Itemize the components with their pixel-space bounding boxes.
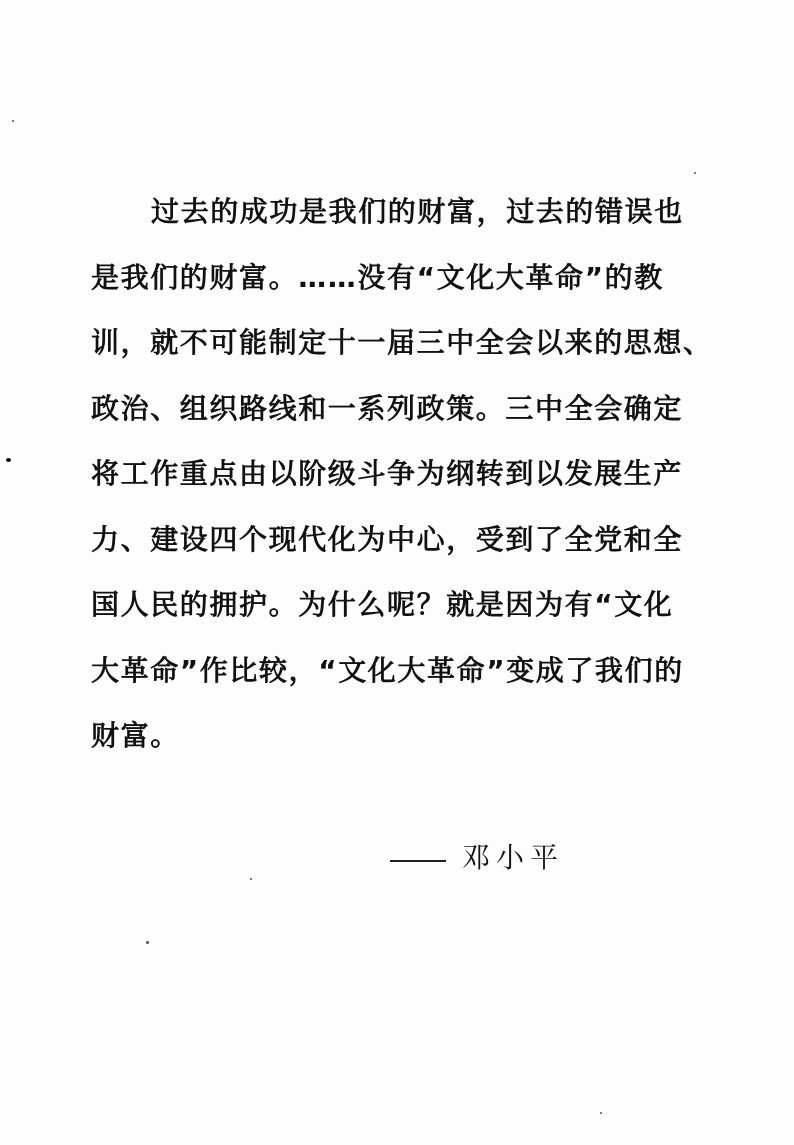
author-name: 邓小平 xyxy=(462,838,564,878)
quote-line: 政治、组织路线和一系列政策。三中全会确定 xyxy=(91,387,695,453)
scan-speck xyxy=(146,941,149,944)
scan-speck xyxy=(12,120,14,122)
quote-line: 过去的成功是我们的财富，过去的错误也 xyxy=(91,190,695,256)
quote-line: 财富。 xyxy=(91,714,695,780)
scan-speck xyxy=(694,172,696,174)
quote-block: 过去的成功是我们的财富，过去的错误也 是我们的财富。……没有“文化大革命”的教 … xyxy=(91,190,695,780)
quote-line: 将工作重点由以阶级斗争为纲转到以发展生产 xyxy=(91,452,695,518)
scan-speck xyxy=(250,878,252,880)
document-page: 过去的成功是我们的财富，过去的错误也 是我们的财富。……没有“文化大革命”的教 … xyxy=(0,0,794,1145)
attribution: 邓小平 xyxy=(390,838,564,878)
em-dash-rule xyxy=(390,860,446,862)
quote-line: 力、建设四个现代化为中心，受到了全党和全 xyxy=(91,518,695,584)
quote-line: 国人民的拥护。为什么呢？就是因为有“文化 xyxy=(91,583,695,649)
quote-line: 是我们的财富。……没有“文化大革命”的教 xyxy=(91,256,695,322)
quote-line: 训，就不可能制定十一届三中全会以来的思想、 xyxy=(91,321,695,387)
scan-speck xyxy=(600,1112,602,1114)
quote-line: 大革命”作比较，“文化大革命”变成了我们的 xyxy=(91,649,695,715)
scan-speck xyxy=(6,458,11,462)
